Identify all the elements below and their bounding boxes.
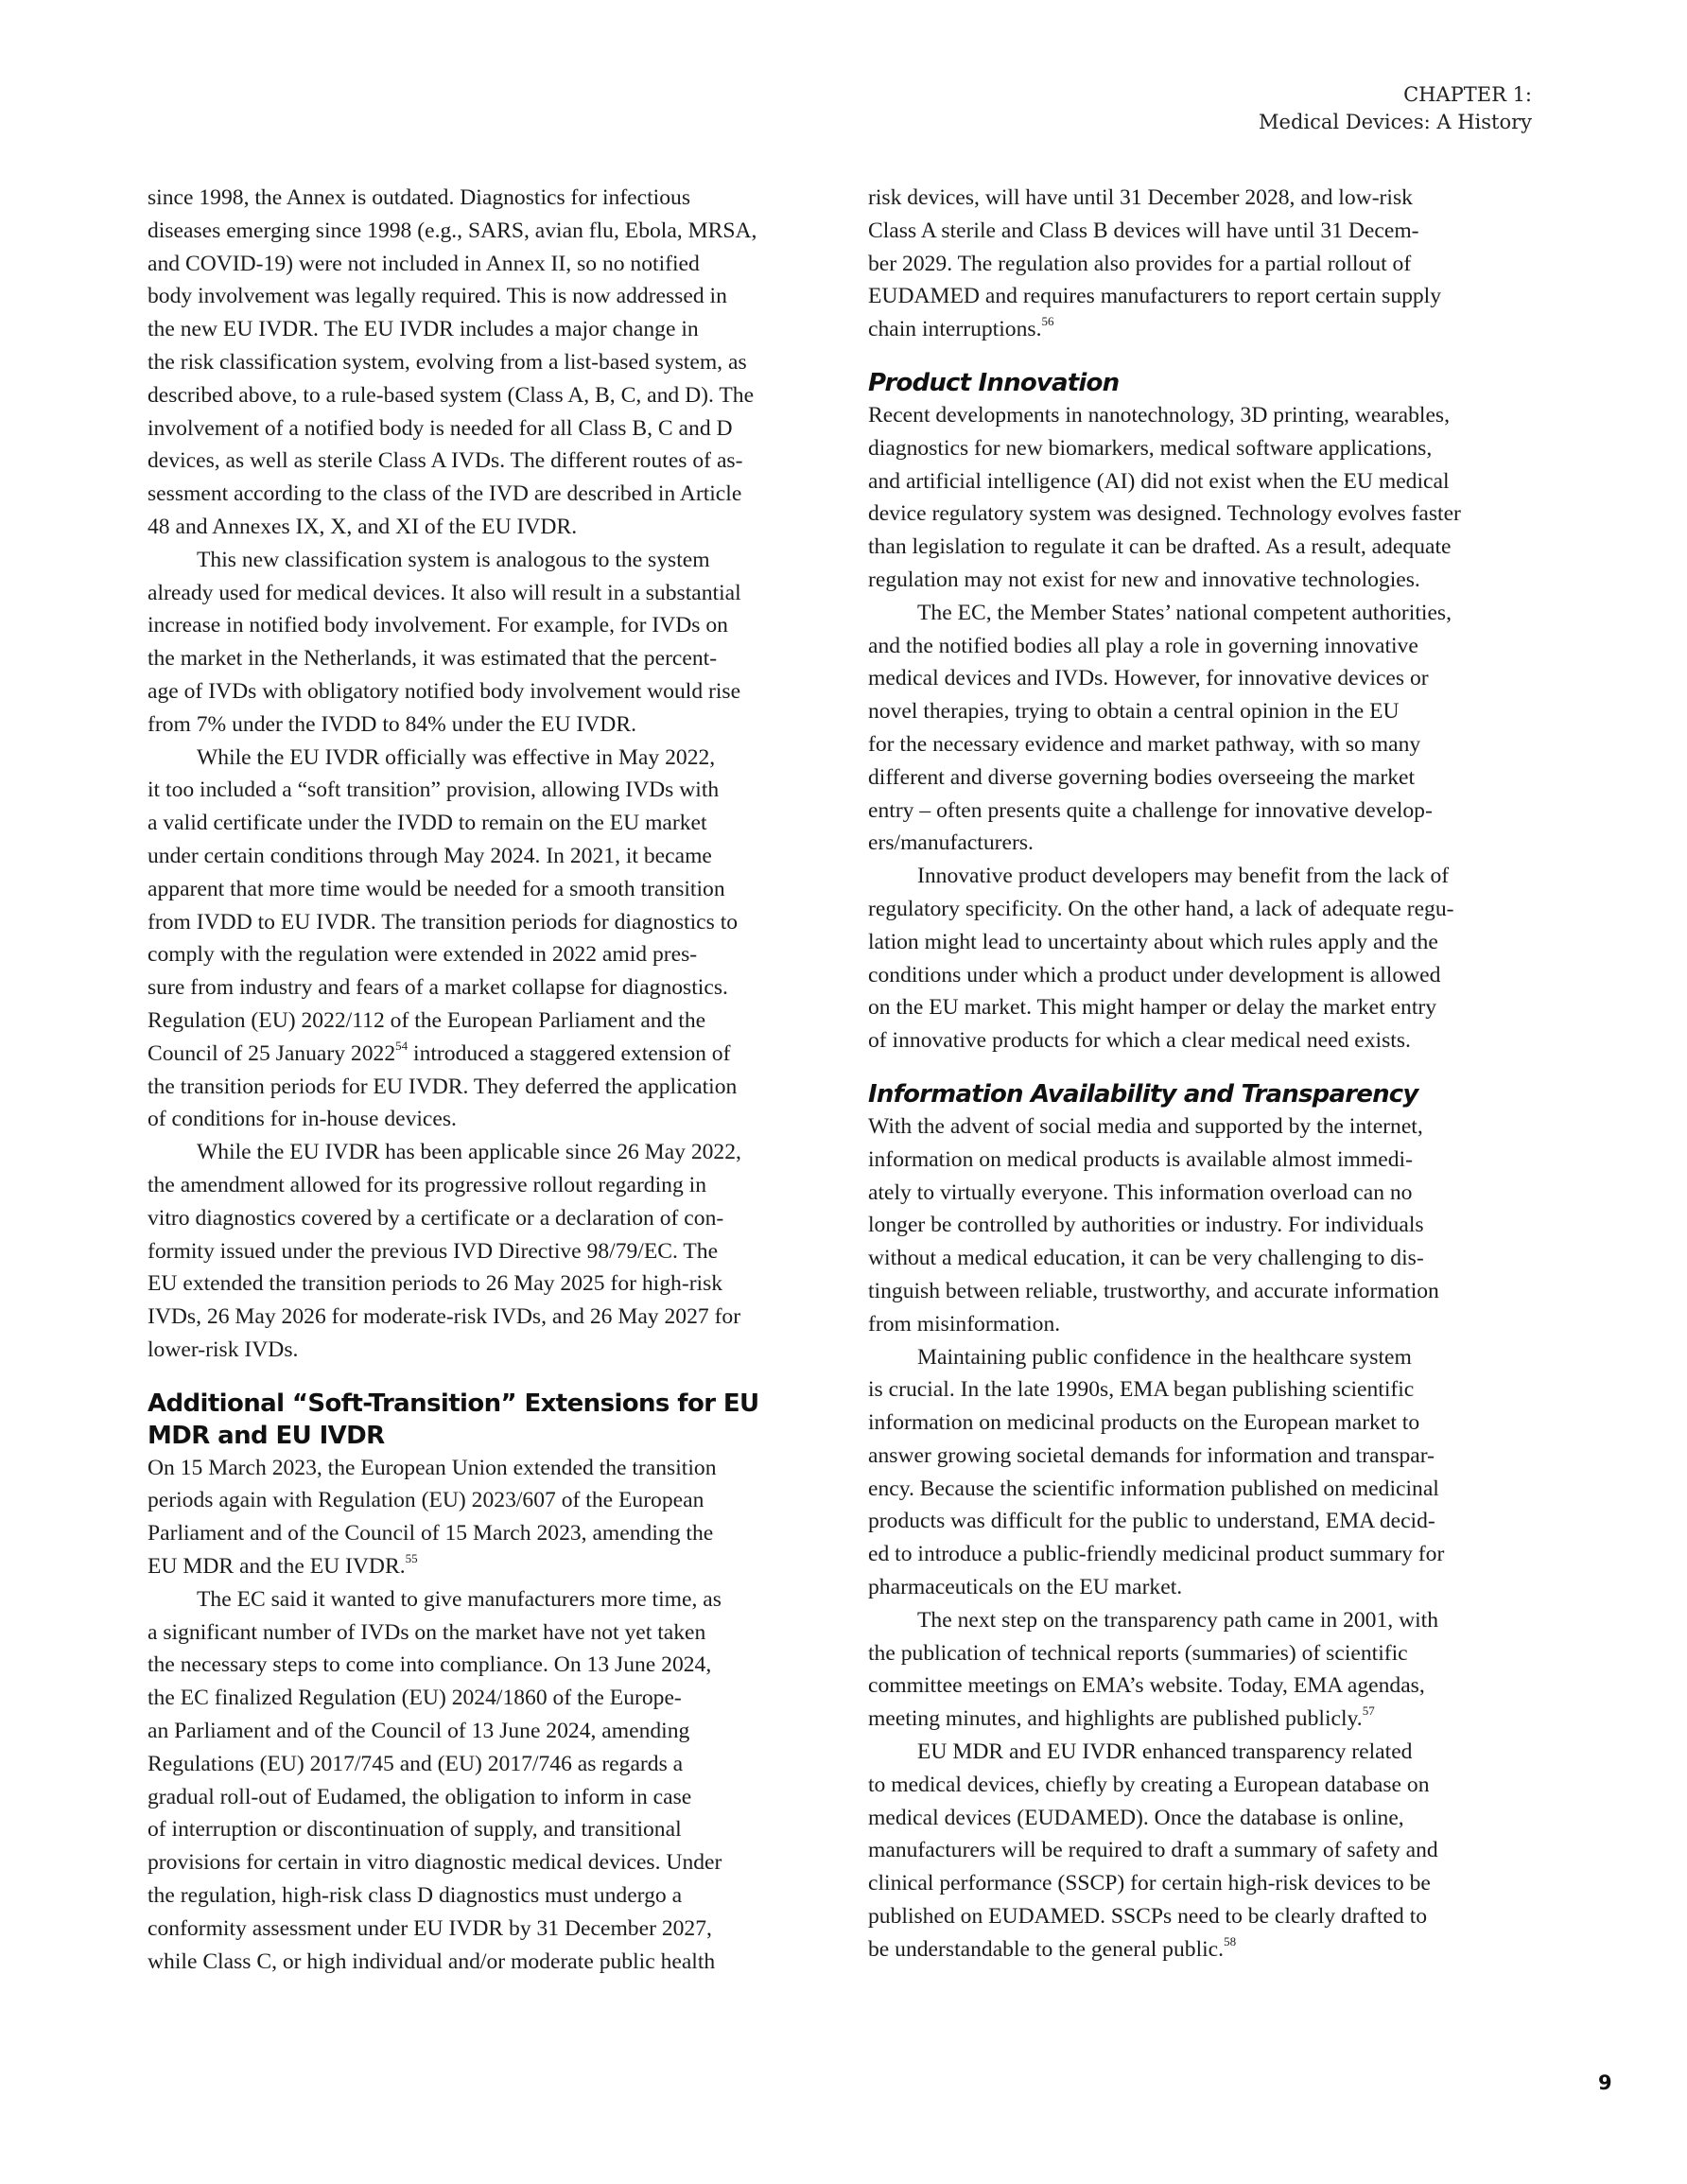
spacer <box>868 1057 1530 1078</box>
text-fragment: Council of 25 January 2022 <box>148 1041 395 1066</box>
text-line: diagnostics for new biomarkers, medical … <box>868 432 1530 465</box>
text-line: an Parliament and of the Council of 13 J… <box>148 1715 809 1748</box>
text-line: EUDAMED and requires manufacturers to re… <box>868 280 1530 313</box>
chapter-title: Medical Devices: A History <box>1259 109 1532 136</box>
text-line: vitro diagnostics covered by a certifica… <box>148 1202 809 1235</box>
text-line: lower-risk IVDs. <box>148 1334 809 1367</box>
text-line: IVDs, 26 May 2026 for moderate-risk IVDs… <box>148 1301 809 1334</box>
text-line: than legislation to regulate it can be d… <box>868 531 1530 564</box>
text-line: manufacturers will be required to draft … <box>868 1834 1530 1867</box>
text-fragment: EU MDR and the EU IVDR. <box>148 1554 406 1579</box>
paragraph: EU MDR and EU IVDR enhanced transparency… <box>868 1736 1530 1966</box>
text-line: devices, as well as sterile Class A IVDs… <box>148 445 809 478</box>
text-line: the necessary steps to come into complia… <box>148 1649 809 1682</box>
text-line: ed to introduce a public-friendly medici… <box>868 1538 1530 1571</box>
text-line: The EC, the Member States’ national comp… <box>868 597 1530 630</box>
heading-line: Additional “Soft-Transition” Extensions … <box>148 1388 809 1420</box>
text-line: ers/manufacturers. <box>868 827 1530 860</box>
paragraph: Maintaining public confidence in the hea… <box>868 1341 1530 1604</box>
text-line: comply with the regulation were extended… <box>148 938 809 971</box>
text-line: apparent that more time would be needed … <box>148 873 809 906</box>
text-line: ately to virtually everyone. This inform… <box>868 1177 1530 1210</box>
footnote-ref-54[interactable]: 54 <box>395 1039 408 1053</box>
text-line: on the EU market. This might hamper or d… <box>868 991 1530 1024</box>
text-line: medical devices (EUDAMED). Once the data… <box>868 1802 1530 1835</box>
text-line: the EC finalized Regulation (EU) 2024/18… <box>148 1682 809 1715</box>
footnote-ref-58[interactable]: 58 <box>1224 1934 1236 1948</box>
text-line: While the EU IVDR has been applicable si… <box>148 1136 809 1169</box>
text-line: published on EUDAMED. SSCPs need to be c… <box>868 1900 1530 1933</box>
text-line: the transition periods for EU IVDR. They… <box>148 1071 809 1104</box>
text-line: under certain conditions through May 202… <box>148 840 809 873</box>
running-header: CHAPTER 1: Medical Devices: A History <box>1259 81 1532 136</box>
footnote-ref-56[interactable]: 56 <box>1041 314 1053 328</box>
text-fragment: introduced a staggered extension of <box>408 1041 730 1066</box>
text-line: entry – often presents quite a challenge… <box>868 795 1530 828</box>
text-line: 48 and Annexes IX, X, and XI of the EU I… <box>148 511 809 544</box>
paragraph: The EC, the Member States’ national comp… <box>868 597 1530 860</box>
text-line: chain interruptions.56 <box>868 313 1530 346</box>
text-fragment: be understandable to the general public. <box>868 1937 1224 1962</box>
text-line: to medical devices, chiefly by creating … <box>868 1769 1530 1802</box>
text-line: longer be controlled by authorities or i… <box>868 1209 1530 1242</box>
text-line: EU extended the transition periods to 26… <box>148 1267 809 1301</box>
text-line: the new EU IVDR. The EU IVDR includes a … <box>148 313 809 346</box>
text-line: and artificial intelligence (AI) did not… <box>868 465 1530 498</box>
text-line: ency. Because the scientific information… <box>868 1473 1530 1506</box>
text-line: conditions under which a product under d… <box>868 959 1530 992</box>
text-line: from 7% under the IVDD to 84% under the … <box>148 708 809 742</box>
text-line: Innovative product developers may benefi… <box>868 860 1530 893</box>
text-line: On 15 March 2023, the European Union ext… <box>148 1452 809 1485</box>
text-line: This new classification system is analog… <box>148 544 809 577</box>
text-line: gradual roll-out of Eudamed, the obligat… <box>148 1781 809 1814</box>
paragraph: This new classification system is analog… <box>148 544 809 742</box>
text-line: ber 2029. The regulation also provides f… <box>868 248 1530 281</box>
text-line: Parliament and of the Council of 15 Marc… <box>148 1517 809 1550</box>
text-line: diseases emerging since 1998 (e.g., SARS… <box>148 215 809 248</box>
text-line: Maintaining public confidence in the hea… <box>868 1341 1530 1374</box>
text-line: already used for medical devices. It als… <box>148 577 809 610</box>
chapter-label: CHAPTER 1: <box>1259 81 1532 109</box>
text-line: risk devices, will have until 31 Decembe… <box>868 182 1530 215</box>
text-line: of conditions for in-house devices. <box>148 1103 809 1136</box>
footnote-ref-55[interactable]: 55 <box>406 1551 418 1565</box>
text-line: the risk classification system, evolving… <box>148 346 809 379</box>
text-line: be understandable to the general public.… <box>868 1933 1530 1966</box>
footnote-ref-57[interactable]: 57 <box>1363 1704 1375 1718</box>
section-heading-soft-transition: Additional “Soft-Transition” Extensions … <box>148 1388 809 1452</box>
text-fragment: chain interruptions. <box>868 317 1041 341</box>
text-line: regulatory specificity. On the other han… <box>868 893 1530 926</box>
text-line: provisions for certain in vitro diagnost… <box>148 1846 809 1879</box>
section-heading-information-transparency: Information Availability and Transparenc… <box>868 1078 1530 1110</box>
paragraph: The next step on the transparency path c… <box>868 1604 1530 1736</box>
text-line: since 1998, the Annex is outdated. Diagn… <box>148 182 809 215</box>
paragraph: risk devices, will have until 31 Decembe… <box>868 182 1530 346</box>
text-line: it too included a “soft transition” prov… <box>148 774 809 807</box>
text-line: EU MDR and the EU IVDR.55 <box>148 1550 809 1583</box>
text-line: is crucial. In the late 1990s, EMA began… <box>868 1373 1530 1406</box>
paragraph: The EC said it wanted to give manufactur… <box>148 1583 809 1979</box>
text-line: while Class C, or high individual and/or… <box>148 1946 809 1979</box>
text-line: the market in the Netherlands, it was es… <box>148 642 809 675</box>
right-column: risk devices, will have until 31 Decembe… <box>868 182 1530 1966</box>
text-line: tinguish between reliable, trustworthy, … <box>868 1275 1530 1308</box>
text-line: a significant number of IVDs on the mark… <box>148 1616 809 1650</box>
text-line: the publication of technical reports (su… <box>868 1637 1530 1670</box>
text-line: formity issued under the previous IVD Di… <box>148 1235 809 1268</box>
text-line: and the notified bodies all play a role … <box>868 630 1530 663</box>
text-line: Class A sterile and Class B devices will… <box>868 215 1530 248</box>
text-line: medical devices and IVDs. However, for i… <box>868 662 1530 695</box>
text-line: of interruption or discontinuation of su… <box>148 1813 809 1846</box>
text-line: sure from industry and fears of a market… <box>148 971 809 1005</box>
paragraph: Recent developments in nanotechnology, 3… <box>868 399 1530 597</box>
text-line: meeting minutes, and highlights are publ… <box>868 1703 1530 1736</box>
text-line: Regulation (EU) 2022/112 of the European… <box>148 1005 809 1038</box>
text-line: increase in notified body involvement. F… <box>148 609 809 642</box>
text-line: Council of 25 January 202254 introduced … <box>148 1038 809 1071</box>
paragraph: While the EU IVDR officially was effecti… <box>148 742 809 1137</box>
text-line: different and diverse governing bodies o… <box>868 761 1530 795</box>
text-line: information on medicinal products on the… <box>868 1406 1530 1440</box>
paragraph: Innovative product developers may benefi… <box>868 860 1530 1057</box>
text-line: from misinformation. <box>868 1308 1530 1341</box>
text-line: a valid certificate under the IVDD to re… <box>148 807 809 840</box>
text-line: The EC said it wanted to give manufactur… <box>148 1583 809 1616</box>
text-line: novel therapies, trying to obtain a cent… <box>868 695 1530 728</box>
text-line: the amendment allowed for its progressiv… <box>148 1169 809 1202</box>
page-number: 9 <box>1598 2071 1612 2094</box>
text-line: products was difficult for the public to… <box>868 1505 1530 1538</box>
text-line: from IVDD to EU IVDR. The transition per… <box>148 906 809 939</box>
paragraph: While the EU IVDR has been applicable si… <box>148 1136 809 1367</box>
spacer <box>868 346 1530 367</box>
heading-line: MDR and EU IVDR <box>148 1420 809 1452</box>
left-column: since 1998, the Annex is outdated. Diagn… <box>148 182 809 1978</box>
text-line: for the necessary evidence and market pa… <box>868 728 1530 761</box>
text-line: device regulatory system was designed. T… <box>868 498 1530 531</box>
spacer <box>148 1367 809 1388</box>
text-fragment: meeting minutes, and highlights are publ… <box>868 1706 1363 1731</box>
text-line: the regulation, high-risk class D diagno… <box>148 1879 809 1913</box>
text-line: information on medical products is avail… <box>868 1144 1530 1177</box>
text-line: described above, to a rule-based system … <box>148 379 809 412</box>
paragraph: since 1998, the Annex is outdated. Diagn… <box>148 182 809 544</box>
text-line: and COVID-19) were not included in Annex… <box>148 248 809 281</box>
text-line: periods again with Regulation (EU) 2023/… <box>148 1484 809 1517</box>
text-line: With the advent of social media and supp… <box>868 1110 1530 1144</box>
text-line: conformity assessment under EU IVDR by 3… <box>148 1913 809 1946</box>
text-line: without a medical education, it can be v… <box>868 1242 1530 1275</box>
text-line: Recent developments in nanotechnology, 3… <box>868 399 1530 432</box>
text-line: answer growing societal demands for info… <box>868 1440 1530 1473</box>
text-line: lation might lead to uncertainty about w… <box>868 926 1530 959</box>
text-line: body involvement was legally required. T… <box>148 280 809 313</box>
text-line: clinical performance (SSCP) for certain … <box>868 1867 1530 1900</box>
text-line: sessment according to the class of the I… <box>148 478 809 511</box>
text-line: of innovative products for which a clear… <box>868 1024 1530 1057</box>
text-line: EU MDR and EU IVDR enhanced transparency… <box>868 1736 1530 1769</box>
paragraph: With the advent of social media and supp… <box>868 1110 1530 1341</box>
text-line: Regulations (EU) 2017/745 and (EU) 2017/… <box>148 1748 809 1781</box>
text-line: age of IVDs with obligatory notified bod… <box>148 675 809 708</box>
text-line: The next step on the transparency path c… <box>868 1604 1530 1637</box>
section-heading-product-innovation: Product Innovation <box>868 367 1530 399</box>
paragraph: On 15 March 2023, the European Union ext… <box>148 1452 809 1583</box>
text-line: While the EU IVDR officially was effecti… <box>148 742 809 775</box>
text-line: involvement of a notified body is needed… <box>148 412 809 446</box>
text-line: committee meetings on EMA’s website. Tod… <box>868 1669 1530 1703</box>
text-line: regulation may not exist for new and inn… <box>868 564 1530 597</box>
text-line: pharmaceuticals on the EU market. <box>868 1571 1530 1604</box>
